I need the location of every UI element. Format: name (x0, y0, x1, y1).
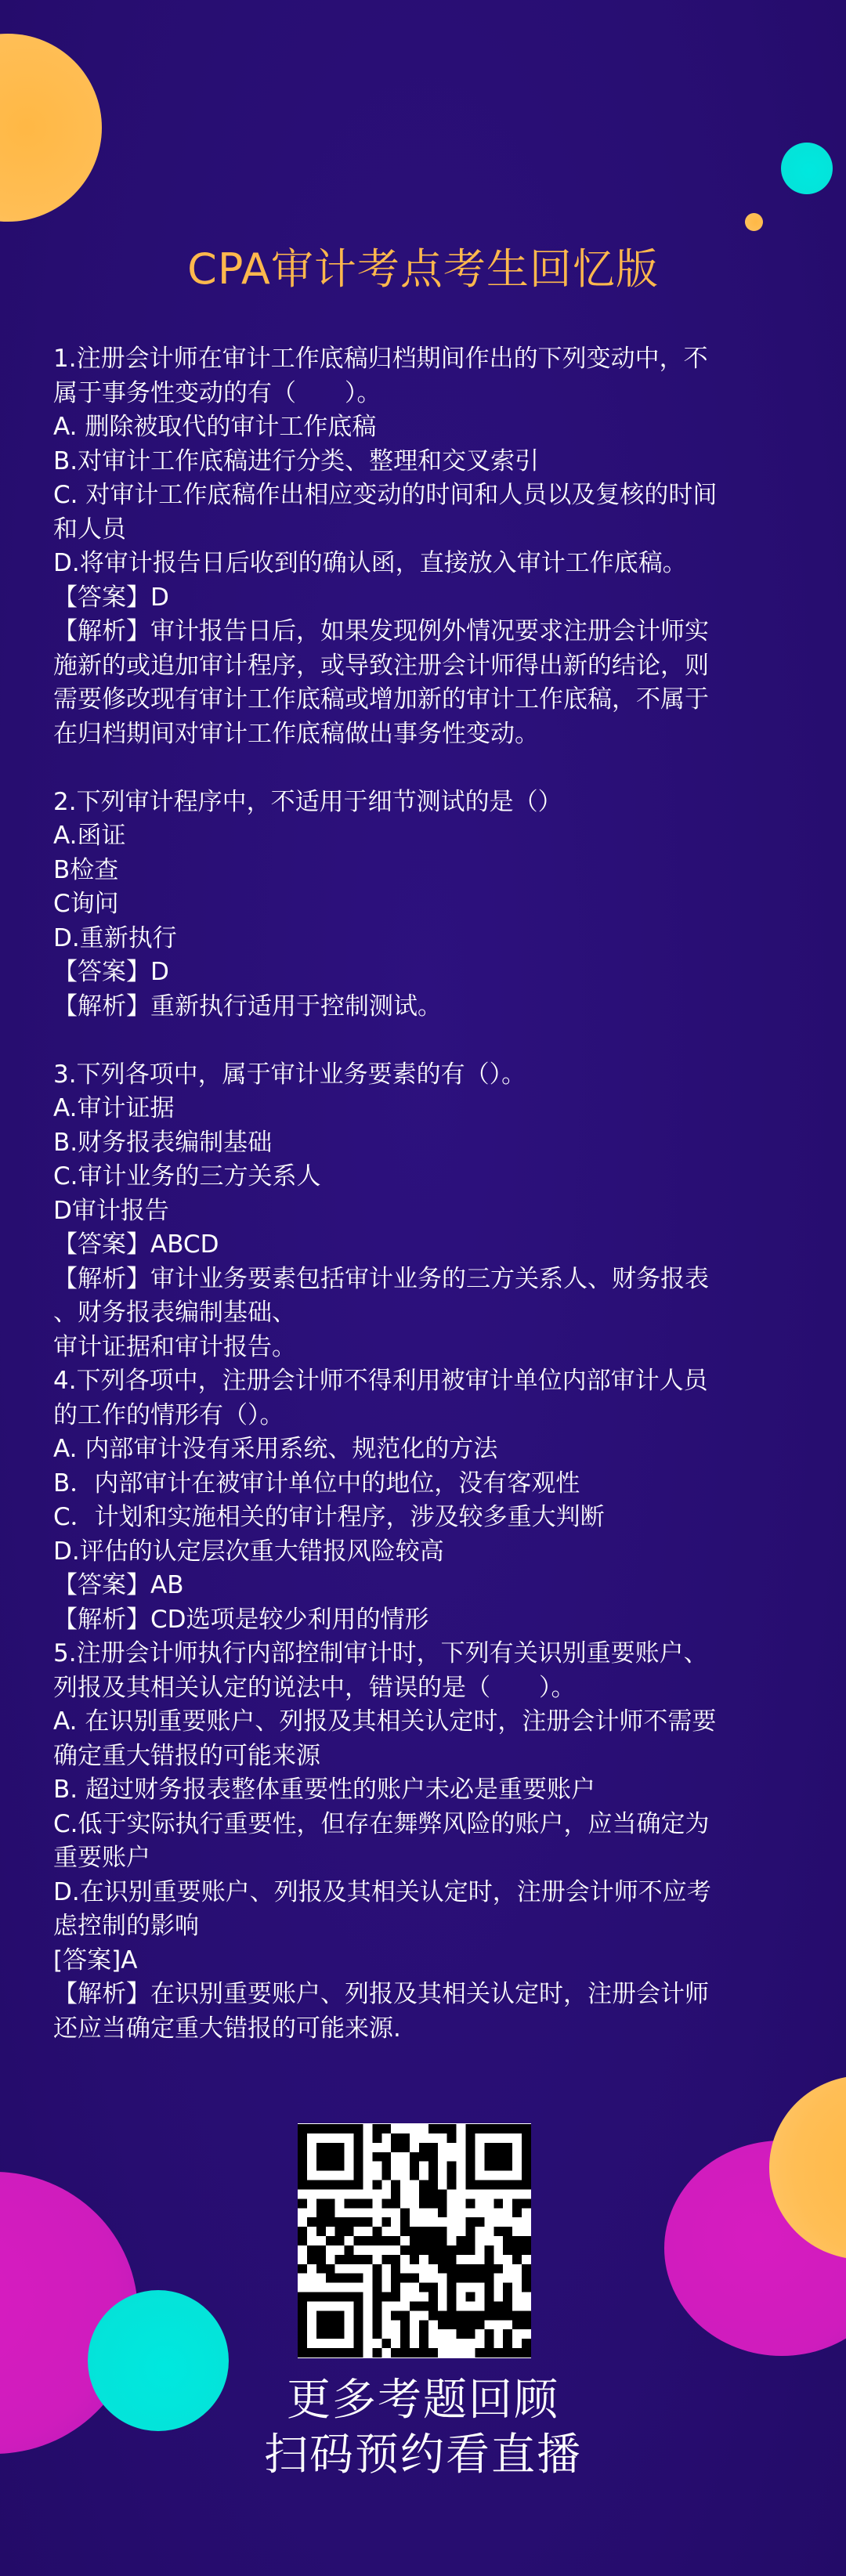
option-c: C.审计业务的三方关系人 (53, 1160, 829, 1194)
explanation: 需要修改现有审计工作底稿或增加新的审计工作底稿，不属于 (53, 683, 829, 717)
questions-content: 1.注册会计师在审计工作底稿归档期间作出的下列变动中，不 属于事务性变动的有（ … (53, 342, 829, 2046)
question-text: 列报及其相关认定的说法中，错误的是（ ）。 (53, 1671, 829, 1706)
question-text: 4.下列各项中，注册会计师不得利用被审计单位内部审计人员 (53, 1364, 829, 1399)
option-b: B.对审计工作底稿进行分类、整理和交叉索引 (53, 445, 829, 479)
question-text: 1.注册会计师在审计工作底稿归档期间作出的下列变动中，不 (53, 342, 829, 377)
explanation: 【解析】重新执行适用于控制测试。 (53, 990, 829, 1024)
option-c: 和人员 (53, 513, 829, 547)
option-b: B．内部审计在被审计单位中的地位，没有客观性 (53, 1467, 829, 1501)
answer: 【答案】D (53, 581, 829, 616)
option-a: 确定重大错报的可能来源 (53, 1740, 829, 1774)
question-text: 5.注册会计师执行内部控制审计时，下列有关识别重要账户、 (53, 1637, 829, 1671)
explanation: 、财务报表编制基础、 (53, 1296, 829, 1331)
answer: 【答案】ABCD (53, 1228, 829, 1263)
answer: [答案]A (53, 1944, 829, 1978)
explanation: 【解析】审计业务要素包括审计业务的三方关系人、财务报表 (53, 1263, 829, 1297)
option-d: D审计报告 (53, 1194, 829, 1229)
answer: 【答案】D (53, 956, 829, 990)
explanation: 在归档期间对审计工作底稿做出事务性变动。 (53, 717, 829, 752)
question-5: 5.注册会计师执行内部控制审计时，下列有关识别重要账户、 列报及其相关认定的说法… (53, 1637, 829, 2046)
qr-code-icon[interactable] (298, 2123, 531, 2358)
question-text: 3.下列各项中，属于审计业务要素的有（）。 (53, 1058, 829, 1093)
question-4: 4.下列各项中，注册会计师不得利用被审计单位内部审计人员 的工作的情形有（）。 … (53, 1364, 829, 1637)
page-title: CPA审计考点考生回忆版 (0, 241, 846, 298)
explanation: 审计证据和审计报告。 (53, 1331, 829, 1365)
explanation: 【解析】审计报告日后，如果发现例外情况要求注册会计师实 (53, 615, 829, 649)
question-3: 3.下列各项中，属于审计业务要素的有（）。 A.审计证据 B.财务报表编制基础 … (53, 1058, 829, 1365)
option-c: 重要账户 (53, 1841, 829, 1876)
explanation: 【解析】CD选项是较少利用的情形 (53, 1603, 829, 1638)
option-a: A. 在识别重要账户、列报及其相关认定时，注册会计师不需要 (53, 1705, 829, 1740)
option-a: A.函证 (53, 819, 829, 854)
option-d: D.在识别重要账户、列报及其相关认定时，注册会计师不应考 (53, 1876, 829, 1910)
option-b: B.财务报表编制基础 (53, 1126, 829, 1161)
spacer (53, 751, 829, 786)
explanation: 还应当确定重大错报的可能来源. (53, 2012, 829, 2047)
decor-circle-orange-top-left (0, 34, 102, 222)
option-a: A. 内部审计没有采用系统、规范化的方法 (53, 1433, 829, 1467)
option-a: A. 删除被取代的审计工作底稿 (53, 410, 829, 445)
explanation: 【解析】在识别重要账户、列报及其相关认定时，注册会计师 (53, 1978, 829, 2012)
option-c: C．计划和实施相关的审计程序，涉及较多重大判断 (53, 1501, 829, 1535)
option-d: D.重新执行 (53, 922, 829, 956)
question-text: 属于事务性变动的有（ ）。 (53, 377, 829, 411)
option-c: C询问 (53, 887, 829, 922)
option-c: C. 对审计工作底稿作出相应变动的时间和人员以及复核的时间 (53, 479, 829, 513)
option-b: B. 超过财务报表整体重要性的账户未必是重要账户 (53, 1773, 829, 1808)
decor-circle-cyan-top-right (781, 143, 833, 194)
question-text: 2.下列审计程序中，不适用于细节测试的是（） (53, 786, 829, 820)
explanation: 施新的或追加审计程序，或导致注册会计师得出新的结论，则 (53, 649, 829, 684)
question-1: 1.注册会计师在审计工作底稿归档期间作出的下列变动中，不 属于事务性变动的有（ … (53, 342, 829, 751)
answer: 【答案】AB (53, 1569, 829, 1603)
option-d: D.评估的认定层次重大错报风险较高 (53, 1535, 829, 1570)
option-a: A.审计证据 (53, 1092, 829, 1126)
option-d: 虑控制的影响 (53, 1909, 829, 1944)
spacer (53, 1024, 829, 1058)
option-b: B检查 (53, 854, 829, 888)
question-text: 的工作的情形有（）。 (53, 1399, 829, 1433)
option-c: C.低于实际执行重要性，但存在舞弊风险的账户，应当确定为 (53, 1808, 829, 1842)
question-2: 2.下列审计程序中，不适用于细节测试的是（） A.函证 B检查 C询问 D.重新… (53, 786, 829, 1024)
qr-code-graphic (298, 2123, 531, 2358)
decor-dot-orange-top-right (745, 213, 763, 231)
footer-line-2: 扫码预约看直播 (0, 2428, 846, 2483)
option-d: D.将审计报告日后收到的确认函，直接放入审计工作底稿。 (53, 547, 829, 581)
footer-line-1: 更多考题回顾 (0, 2373, 846, 2428)
